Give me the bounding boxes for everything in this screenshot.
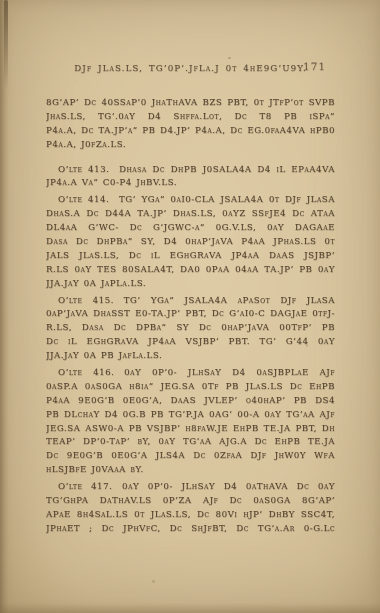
paragraph-continuation: 8G’AP’ Dc 40SSaP’0 JhaThAVA BZS PBT, 0t … bbox=[46, 97, 335, 153]
text-line: Dc iL EGhGRaVA JP4aA VSJBP’ PBT. TG’ G’4… bbox=[46, 336, 335, 350]
page-left-edge-shadow bbox=[0, 0, 9, 613]
text-line: O’lte 413. Dhasa Dc DhPB J0SALA4A D4 iL … bbox=[46, 164, 335, 178]
page-bottom-edge-shadow bbox=[0, 603, 380, 613]
text-line: P4aA 9E0G’B 0E0G’A, DaAS JVLEP’ o40hAP’ … bbox=[46, 395, 335, 409]
text-line: Dasa Dc DhPBa” SY, D4 0haP’JaVA P4aA JPh… bbox=[46, 236, 335, 250]
text-line: TG’GhPA DaThAV.LS 0P’ZA AJf Dc 0aS0GA 8G… bbox=[46, 495, 335, 509]
running-header: DJf JLaS.LS, TG’0P’.JfLa.J 0t 4hE9G’U9Y.… bbox=[46, 64, 335, 78]
text-line: P4a.A, Dc TA.JP’a” PB D4.JP’ P4a.A, Dc E… bbox=[46, 125, 335, 139]
text-line: JP4a.A Va” C0-P4 JhBV.LS. bbox=[46, 177, 335, 191]
text-body: 8G’AP’ Dc 40SSaP’0 JhaThAVA BZS PBT, 0t … bbox=[46, 97, 335, 537]
text-line: 8G’AP’ Dc 40SSaP’0 JhaThAVA BZS PBT, 0t … bbox=[46, 97, 335, 111]
section-417: O’lte 417. 0aY 0P’0- JLhSaY D4 0aThAVA D… bbox=[46, 481, 335, 537]
book-spine-edge bbox=[4, 0, 8, 90]
text-line: JEG.SA ASW0-A PB VSJBP’ h8faW.JE EhPB TE… bbox=[46, 423, 335, 437]
text-line: JJA.JaY 0A PB JafLa.LS. bbox=[46, 350, 335, 364]
running-header-title: DJf JLaS.LS, TG’0P’.JfLa.J 0t 4hE9G’U9Y. bbox=[46, 64, 335, 74]
text-line: P4a.A, J0fZa.LS. bbox=[46, 139, 335, 153]
text-line: 0aSP.A 0aS0GA h8ia” JEG.SA 0Tf PB JLaS.L… bbox=[46, 381, 335, 395]
text-line: R.LS 0aY TES 80SALA4T, DA0 0PaA 04aA TA.… bbox=[46, 264, 335, 278]
text-line: DhaS.A Dc D44A TA.JP’ DhaS.LS, 0aYZ SSfJ… bbox=[46, 208, 335, 222]
text-line: DL4aA G’WC- Dc G’JGWC-a” 0G.V.LS, 0aY DA… bbox=[46, 222, 335, 236]
text-line: O’lte 414. TG’ YGa” 0aI0-CLA JSALA4A 0t … bbox=[46, 194, 335, 208]
paper-speck bbox=[228, 57, 231, 59]
text-line: JPhaET ; Dc JPhVfC, Dc ShJfBT, Dc TG’a.A… bbox=[46, 523, 335, 537]
section-416: O’lte 416. 0aY 0P’0- JLhSaY D4 0aSJBPLaE… bbox=[46, 367, 335, 478]
text-line: 0aP’JaVA DhaSST E0-TA.JP’ PBT, Dc G’aI0-… bbox=[46, 308, 335, 322]
section-415: O’lte 415. TG’ YGa” JSALA4A aPaSot DJf J… bbox=[46, 295, 335, 364]
text-line: R.LS, Dasa Dc DPBa” SY Dc 0haP’JaVA 00Tf… bbox=[46, 322, 335, 336]
section-413: O’lte 413. Dhasa Dc DhPB J0SALA4A D4 iL … bbox=[46, 164, 335, 192]
text-line: O’lte 416. 0aY 0P’0- JLhSaY D4 0aSJBPLaE… bbox=[46, 367, 335, 381]
scanned-book-page: DJf JLaS.LS, TG’0P’.JfLa.J 0t 4hE9G’U9Y.… bbox=[0, 0, 380, 613]
text-line: JJA.JaY 0A JaPLa.LS. bbox=[46, 278, 335, 292]
text-line: O’lte 415. TG’ YGa” JSALA4A aPaSot DJf J… bbox=[46, 295, 335, 309]
text-line: TEAP’ DP’0-TaP’ bY, 0aY TG’aA AJG.A Dc E… bbox=[46, 436, 335, 450]
section-414: O’lte 414. TG’ YGa” 0aI0-CLA JSALA4A 0t … bbox=[46, 194, 335, 291]
text-line: Dc 9E0G’B 0E0G’A JLS4A Dc 0ZfaA DJf JhW0… bbox=[46, 450, 335, 464]
page-number: 171 bbox=[303, 61, 326, 73]
paper-speck bbox=[152, 580, 155, 583]
text-line: APaE 8h4SaL.LS 0t JLaS.LS, Dc 80Vi hJP’ … bbox=[46, 509, 335, 523]
text-line: JhaS.LS, TG’.0aY D4 Shffa.Lot, Dc T8 PB … bbox=[46, 111, 335, 125]
text-line: hLSJBfE J0VAaA bY. bbox=[46, 464, 335, 478]
text-line: O’lte 417. 0aY 0P’0- JLhSaY D4 0aThAVA D… bbox=[46, 481, 335, 495]
text-line: PB DLchaY D4 0G.B PB TG’P.JA 0AG’ 00-A 0… bbox=[46, 409, 335, 423]
text-line: JALS JLaS.LS, Dc iL EGhGRaVA JP4aA DaAS … bbox=[46, 250, 335, 264]
text-block: DJf JLaS.LS, TG’0P’.JfLa.J 0t 4hE9G’U9Y.… bbox=[46, 64, 335, 537]
